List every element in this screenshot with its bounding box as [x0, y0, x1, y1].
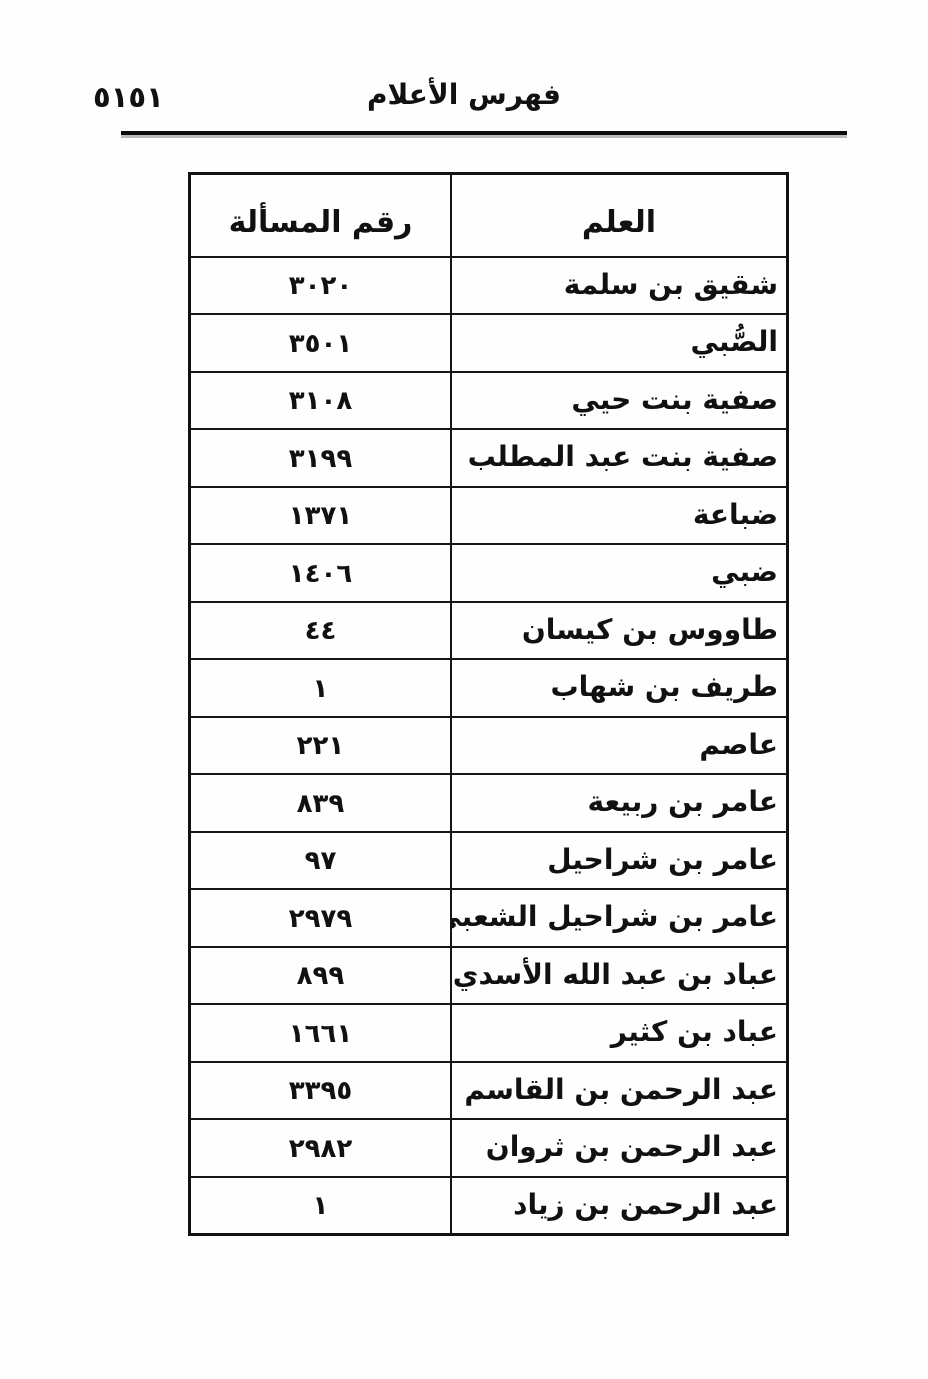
- number-cell: ١٤٠٦: [190, 544, 451, 602]
- name-cell: شقيق بن سلمة: [451, 257, 788, 315]
- header-cell-name: العلم: [451, 174, 788, 257]
- name-cell: عباد بن كثير: [451, 1004, 788, 1062]
- table-row: طاووس بن كيسان ٤٤: [190, 602, 788, 660]
- name-cell: طاووس بن كيسان: [451, 602, 788, 660]
- table-header-row: العلم رقم المسألة: [190, 174, 788, 257]
- number-cell: ١٦٦١: [190, 1004, 451, 1062]
- number-cell: ٣٣٩٥: [190, 1062, 451, 1120]
- number-cell: ٣٠٢٠: [190, 257, 451, 315]
- table-row: الصُّبي ٣٥٠١: [190, 314, 788, 372]
- name-cell: ضبي: [451, 544, 788, 602]
- name-cell: عبد الرحمن بن زياد: [451, 1177, 788, 1235]
- table-row: عامر بن ربيعة ٨٣٩: [190, 774, 788, 832]
- name-cell: عبد الرحمن بن القاسم: [451, 1062, 788, 1120]
- name-cell: الصُّبي: [451, 314, 788, 372]
- table-row: عبد الرحمن بن القاسم ٣٣٩٥: [190, 1062, 788, 1120]
- number-cell: ١: [190, 1177, 451, 1235]
- header-cell-number: رقم المسألة: [190, 174, 451, 257]
- table-row: طريف بن شهاب ١: [190, 659, 788, 717]
- table-row: صفية بنت عبد المطلب ٣١٩٩: [190, 429, 788, 487]
- index-table: العلم رقم المسألة شقيق بن سلمة ٣٠٢٠ الصُ…: [188, 172, 789, 1236]
- table-row: عاصم ٢٢١: [190, 717, 788, 775]
- page-title: فهرس الأعلام: [0, 78, 928, 111]
- name-cell: صفية بنت عبد المطلب: [451, 429, 788, 487]
- number-cell: ٢٢١: [190, 717, 451, 775]
- table-row: عبد الرحمن بن زياد ١: [190, 1177, 788, 1235]
- table-row: صفية بنت حيي ٣١٠٨: [190, 372, 788, 430]
- number-cell: ٢٩٧٩: [190, 889, 451, 947]
- number-cell: ٣١٠٨: [190, 372, 451, 430]
- table-row: عباد بن كثير ١٦٦١: [190, 1004, 788, 1062]
- name-cell: صفية بنت حيي: [451, 372, 788, 430]
- running-head: ٥١٥١ فهرس الأعلام: [0, 78, 928, 122]
- number-cell: ٢٩٨٢: [190, 1119, 451, 1177]
- document-page: ٥١٥١ فهرس الأعلام العلم رقم المسألة شقيق…: [0, 0, 928, 1379]
- name-cell: عاصم: [451, 717, 788, 775]
- number-cell: ٩٧: [190, 832, 451, 890]
- number-cell: ١: [190, 659, 451, 717]
- number-cell: ٣١٩٩: [190, 429, 451, 487]
- name-cell: طريف بن شهاب: [451, 659, 788, 717]
- table-row: شقيق بن سلمة ٣٠٢٠: [190, 257, 788, 315]
- number-cell: ٨٣٩: [190, 774, 451, 832]
- number-cell: ٤٤: [190, 602, 451, 660]
- table-row: ضباعة ١٣٧١: [190, 487, 788, 545]
- name-cell: عامر بن شراحيل: [451, 832, 788, 890]
- header-rule: [121, 131, 847, 135]
- number-cell: ٨٩٩: [190, 947, 451, 1005]
- table-row: عامر بن شراحيل الشعبي ٢٩٧٩: [190, 889, 788, 947]
- table-row: عامر بن شراحيل ٩٧: [190, 832, 788, 890]
- name-cell: عامر بن شراحيل الشعبي: [451, 889, 788, 947]
- name-cell: عباد بن عبد الله الأسدي: [451, 947, 788, 1005]
- name-cell: عبد الرحمن بن ثروان: [451, 1119, 788, 1177]
- table-row: عباد بن عبد الله الأسدي ٨٩٩: [190, 947, 788, 1005]
- name-cell: ضباعة: [451, 487, 788, 545]
- number-cell: ٣٥٠١: [190, 314, 451, 372]
- name-cell: عامر بن ربيعة: [451, 774, 788, 832]
- table-row: ضبي ١٤٠٦: [190, 544, 788, 602]
- number-cell: ١٣٧١: [190, 487, 451, 545]
- table-row: عبد الرحمن بن ثروان ٢٩٨٢: [190, 1119, 788, 1177]
